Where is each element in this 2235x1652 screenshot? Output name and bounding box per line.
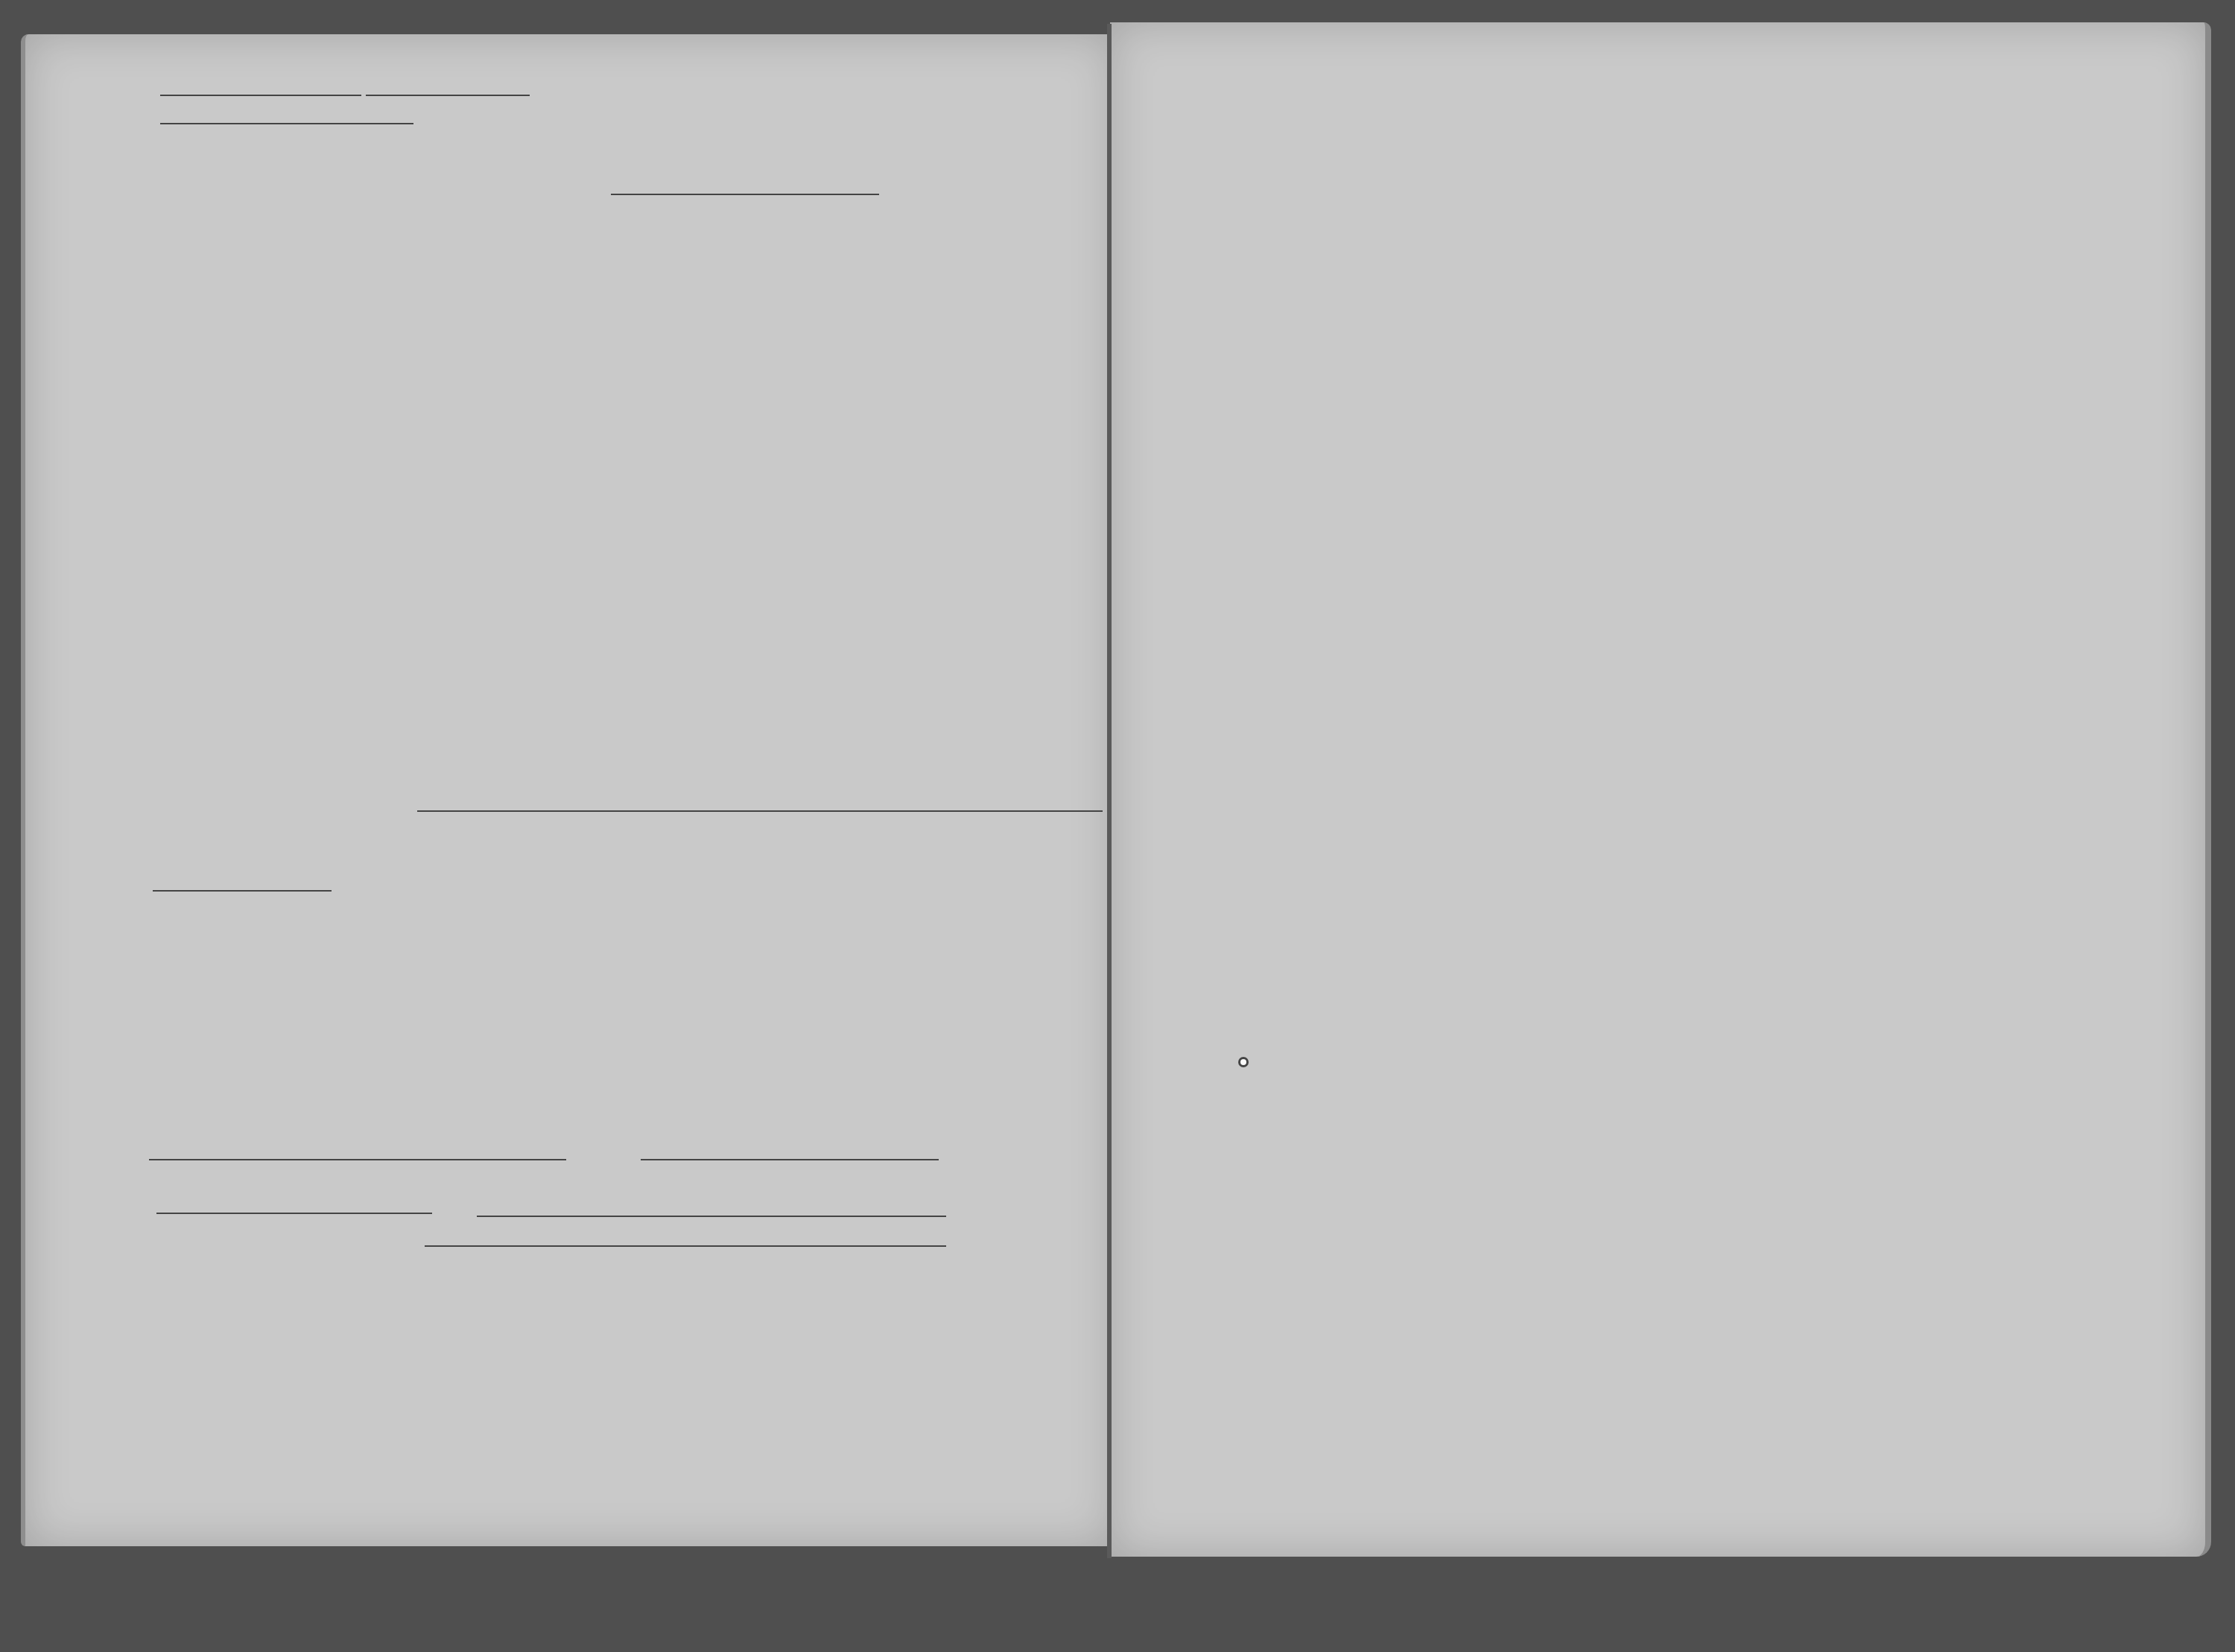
month-fill bbox=[366, 95, 530, 96]
fill-rule bbox=[156, 1213, 432, 1214]
printed-line bbox=[153, 876, 332, 897]
intro-line-1 bbox=[160, 80, 530, 101]
fill-rule bbox=[149, 1159, 566, 1160]
date-fill bbox=[153, 890, 332, 892]
time-fill bbox=[160, 123, 413, 124]
day-fill bbox=[160, 95, 361, 96]
right-page-act-10 bbox=[1110, 22, 2211, 1557]
paper-hole-mark bbox=[1240, 1059, 1246, 1065]
left-page-act-9 bbox=[21, 34, 1115, 1546]
book-spine bbox=[1107, 24, 1112, 1558]
intro-line-2 bbox=[160, 109, 413, 130]
fill-rule bbox=[611, 194, 879, 195]
fill-rule bbox=[425, 1245, 946, 1247]
fill-rule bbox=[477, 1216, 946, 1217]
fill-rule bbox=[641, 1159, 939, 1160]
fill-rule bbox=[417, 810, 1103, 812]
